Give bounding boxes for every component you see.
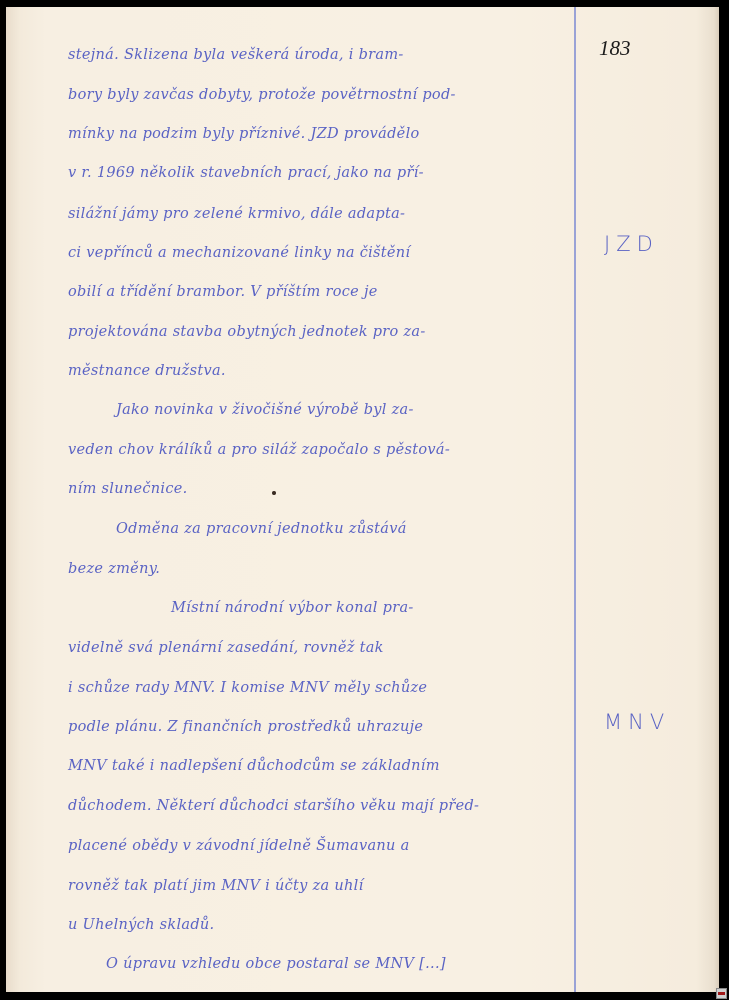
text-line: projektována stavba obytných jednotek pr… (68, 324, 426, 340)
text-line: silážní jámy pro zelené krmivo, dále ada… (68, 206, 405, 222)
text-line: MNV také i nadlepšení důchodcům se zákla… (68, 758, 440, 774)
text-line: veden chov králíků a pro siláž započalo … (68, 442, 450, 458)
text-line: městnance družstva. (68, 363, 226, 379)
text-line: bory byly zavčas dobyty, protože povětrn… (68, 87, 456, 103)
text-line: v r. 1969 několik stavebních prací, jako… (68, 165, 424, 181)
text-line: podle plánu. Z finančních prostředků uhr… (68, 719, 423, 735)
page-number: 183 (599, 36, 631, 61)
text-line: mínky na podzim byly příznivé. JZD prová… (68, 126, 420, 142)
text-line: Jako novinka v živočišné výrobě byl za- (116, 402, 414, 418)
text-line: Místní národní výbor konal pra- (171, 600, 414, 616)
text-line: videlně svá plenární zasedání, rovněž ta… (68, 640, 384, 656)
text-line: Odměna za pracovní jednotku zůstává (116, 521, 407, 537)
margin-rule-line (574, 7, 576, 992)
handwritten-chronicle-page: 183 stejná. Sklizena byla veškerá úroda,… (6, 7, 719, 992)
text-line: stejná. Sklizena byla veškerá úroda, i b… (68, 47, 404, 63)
text-line: obilí a třídění brambor. V příštím roce … (68, 284, 378, 300)
margin-note: JZD (604, 232, 659, 256)
text-line: důchodem. Některí důchodci staršího věku… (68, 798, 479, 814)
text-line: i schůze rady MNV. I komise MNV měly sch… (68, 680, 427, 696)
text-line: u Uhelných skladů. (68, 917, 214, 933)
text-line: ním slunečnice. (68, 481, 188, 497)
text-line: ci vepřínců a mechanizované linky na čiš… (68, 245, 410, 261)
window-corner-icon[interactable] (716, 988, 727, 999)
text-line: beze změny. (68, 561, 160, 577)
text-line: rovněž tak platí jim MNV i účty za uhlí (68, 878, 364, 894)
ink-blot (272, 491, 276, 495)
text-line: placené obědy v závodní jídelně Šumavanu… (68, 838, 410, 854)
margin-note: MNV (604, 710, 670, 734)
text-line: O úpravu vzhledu obce postaral se MNV [.… (106, 956, 446, 972)
